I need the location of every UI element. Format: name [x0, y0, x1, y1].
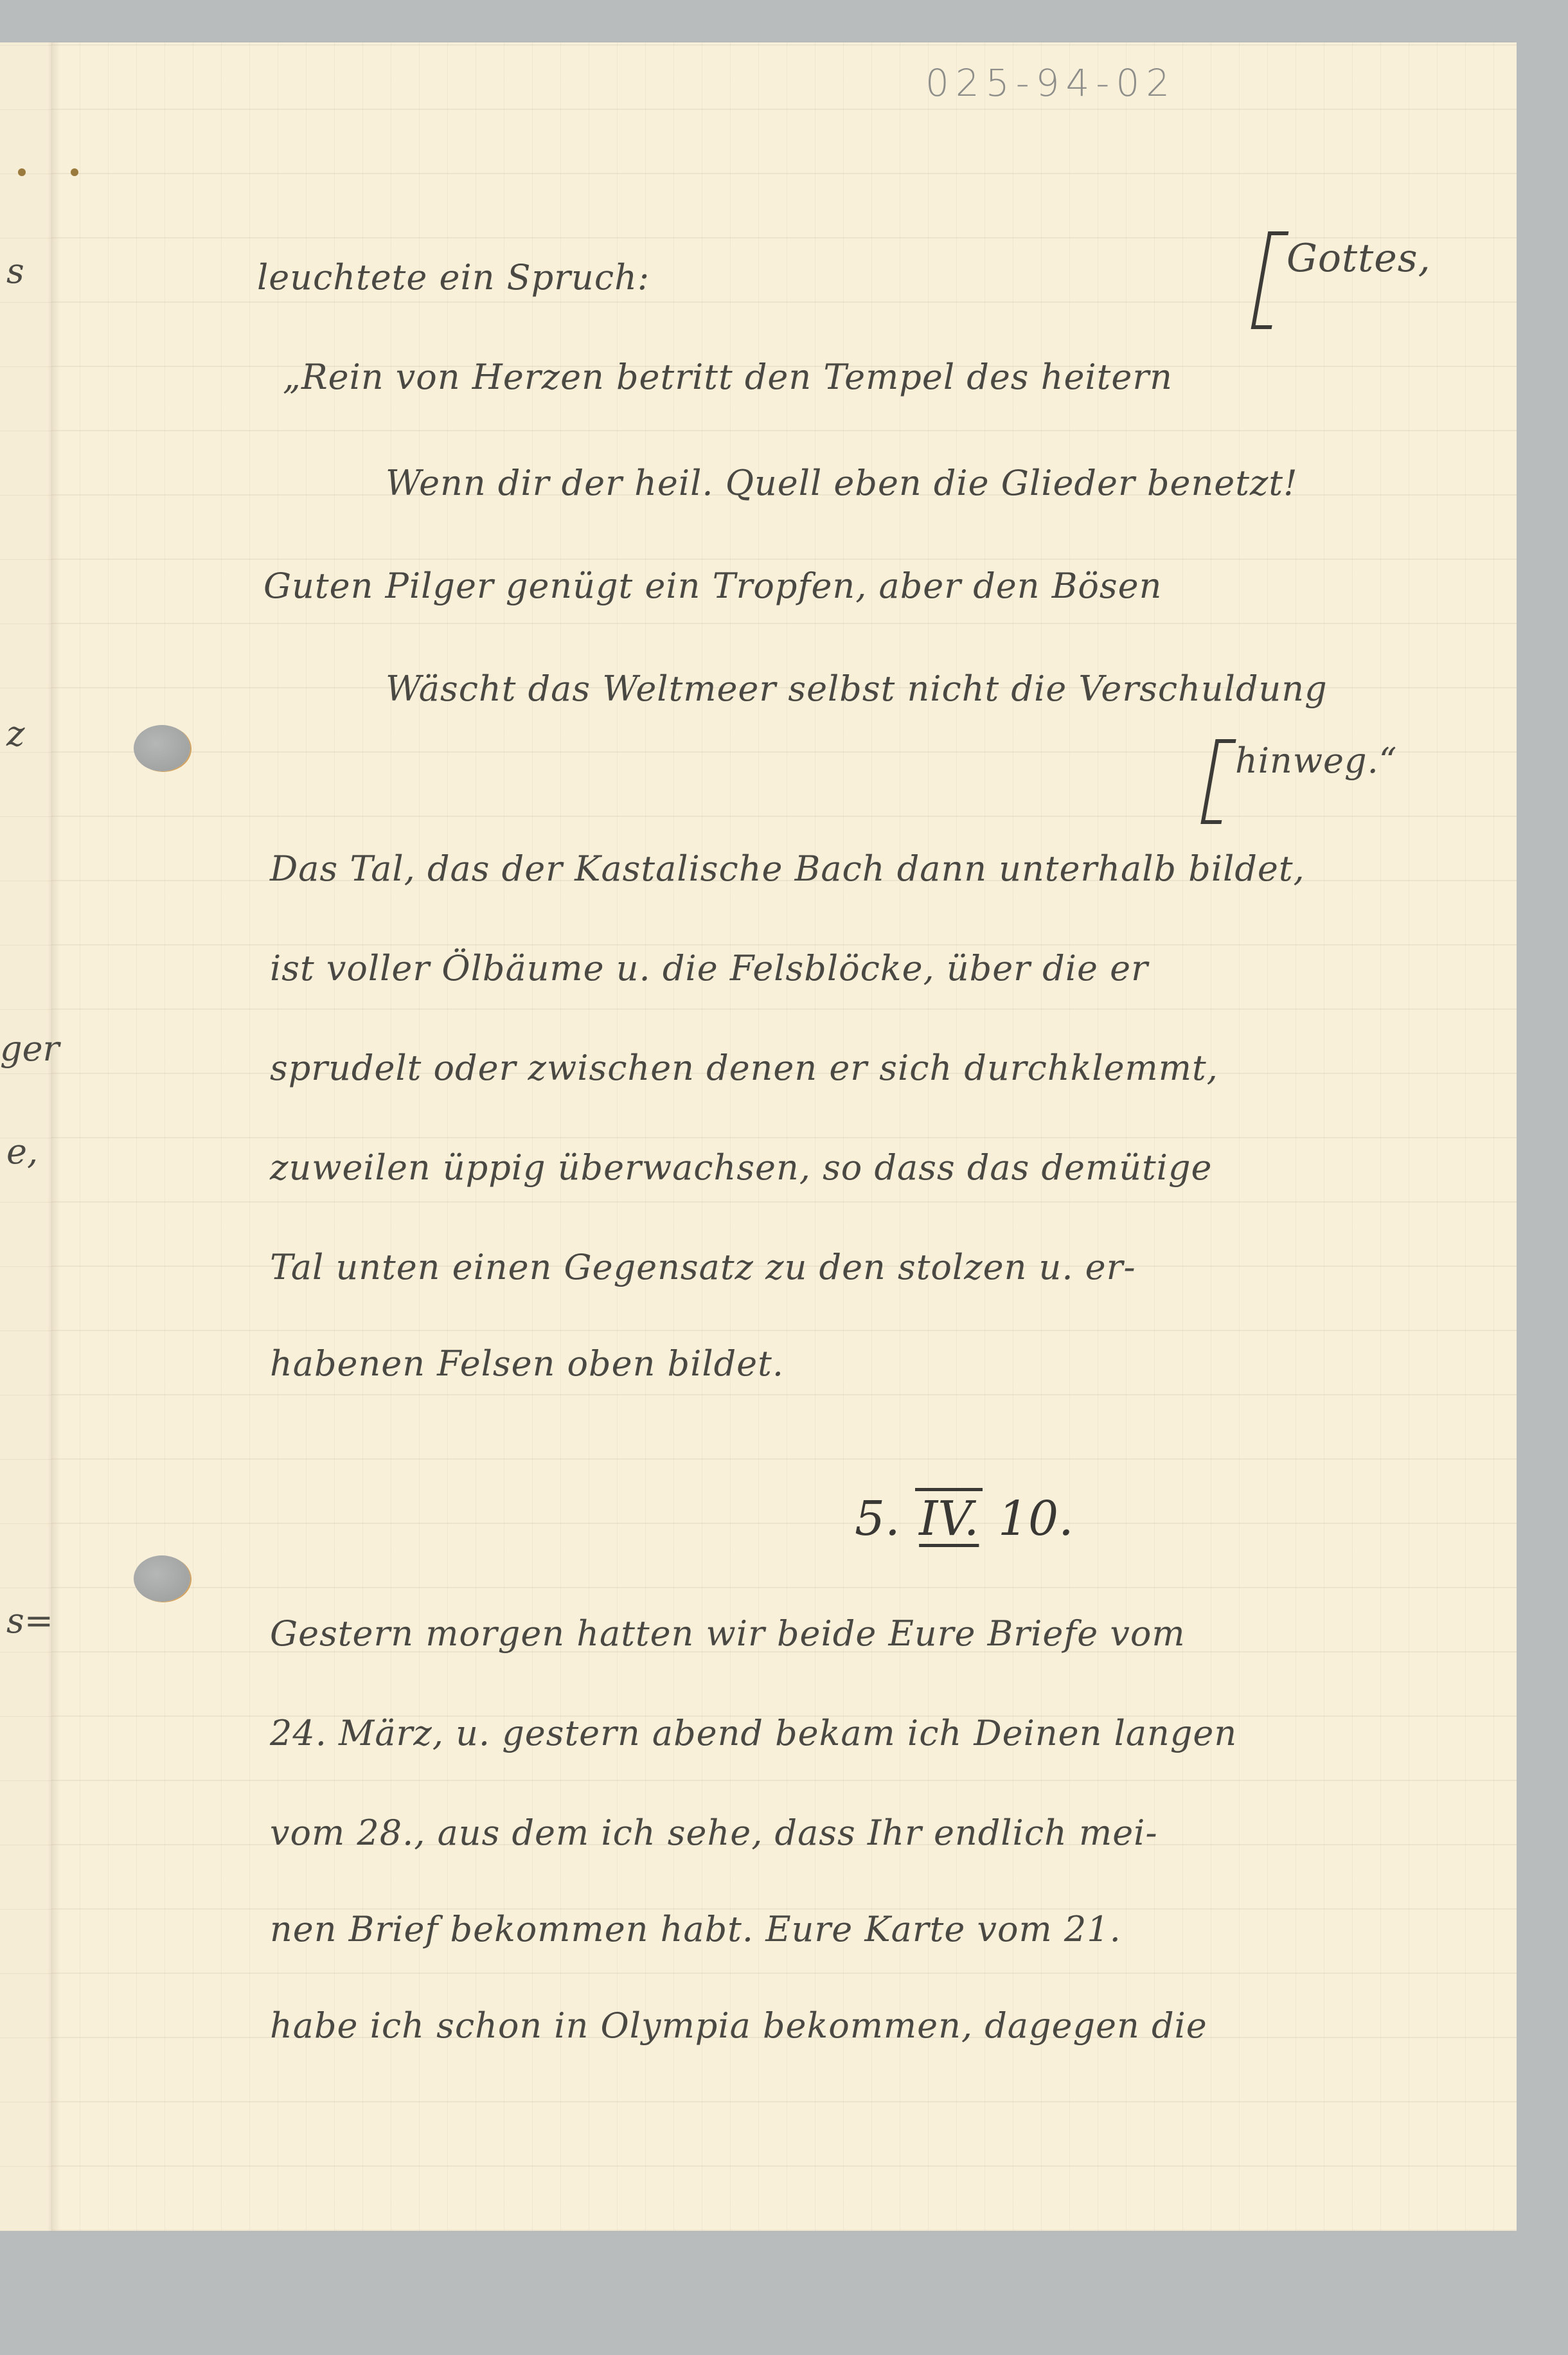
paragraph-line: 24. März, u. gestern abend bekam ich Dei… [270, 1713, 1237, 1753]
archive-number: 025-94-02 [925, 61, 1176, 105]
paragraph-line: vom 28., aus dem ich sehe, dass Ihr endl… [270, 1813, 1158, 1853]
punch-hole [134, 725, 190, 771]
paragraph-line: Gestern morgen hatten wir beide Eure Bri… [270, 1613, 1186, 1654]
date-heading: 5. IV. 10. [855, 1491, 1074, 1546]
verse-line: Wenn dir der heil. Quell eben die Gliede… [386, 463, 1298, 503]
verse-bracket-word: Gottes, [1287, 236, 1431, 281]
paragraph-line: habe ich schon in Olympia bekommen, dage… [270, 2005, 1207, 2046]
margin-fragment: ger [0, 1028, 59, 1069]
margin-fragment: s [6, 251, 24, 291]
punch-hole [134, 1555, 190, 1602]
staple-mark [71, 168, 78, 176]
date-year: 10. [998, 1491, 1074, 1546]
paragraph-line: zuweilen üppig überwachsen, so dass das … [270, 1147, 1212, 1188]
paragraph-line: habenen Felsen oben bildet. [270, 1343, 784, 1384]
verse-line: Wäscht das Weltmeer selbst nicht die Ver… [386, 668, 1328, 709]
page-fold-shadow [51, 42, 60, 2231]
staple-mark [18, 168, 26, 176]
date-month: IV. [915, 1488, 983, 1546]
verse-bracket-hinweg: hinweg.“ [1208, 739, 1397, 824]
margin-fragment: z [6, 713, 24, 754]
verse-line: „Rein von Herzen betritt den Tempel des … [283, 357, 1173, 397]
verse-bracket-word: hinweg.“ [1235, 740, 1397, 781]
paragraph-line: ist voller Ölbäume u. die Felsblöcke, üb… [270, 948, 1148, 989]
paragraph-line: sprudelt oder zwischen denen er sich dur… [270, 1048, 1218, 1088]
verse-intro: leuchtete ein Spruch: [257, 257, 650, 298]
verse-line: Guten Pilger genügt ein Tropfen, aber de… [263, 566, 1162, 606]
verse-bracket-gottes: Gottes, [1260, 231, 1431, 329]
paragraph-line: nen Brief bekommen habt. Eure Karte vom … [270, 1909, 1121, 1949]
date-day: 5. [855, 1491, 900, 1546]
margin-fragment: s= [6, 1600, 53, 1641]
paragraph-line: Tal unten einen Gegensatz zu den stolzen… [270, 1247, 1136, 1287]
margin-fragment: e, [6, 1131, 38, 1172]
paragraph-line: Das Tal, das der Kastalische Bach dann u… [270, 848, 1305, 889]
